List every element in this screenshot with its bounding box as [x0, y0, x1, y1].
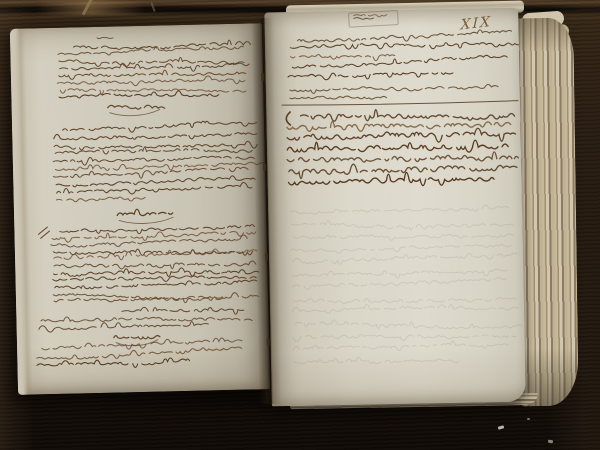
page-fore-edges — [515, 18, 578, 407]
paper-speck — [527, 418, 530, 420]
paper-speck — [498, 425, 505, 429]
manuscript-photo-scene: XIX — [0, 0, 600, 450]
binding-stitch — [267, 338, 270, 346]
right-page: XIX — [264, 8, 526, 407]
binding-stitch — [261, 73, 264, 81]
twig-debris — [150, 2, 155, 12]
left-page — [10, 23, 270, 395]
left-page-handwriting — [10, 23, 270, 395]
paper-speck — [548, 440, 553, 444]
binding-stitch — [263, 163, 266, 171]
right-page-handwriting — [264, 8, 526, 407]
binding-stitch — [265, 253, 268, 261]
